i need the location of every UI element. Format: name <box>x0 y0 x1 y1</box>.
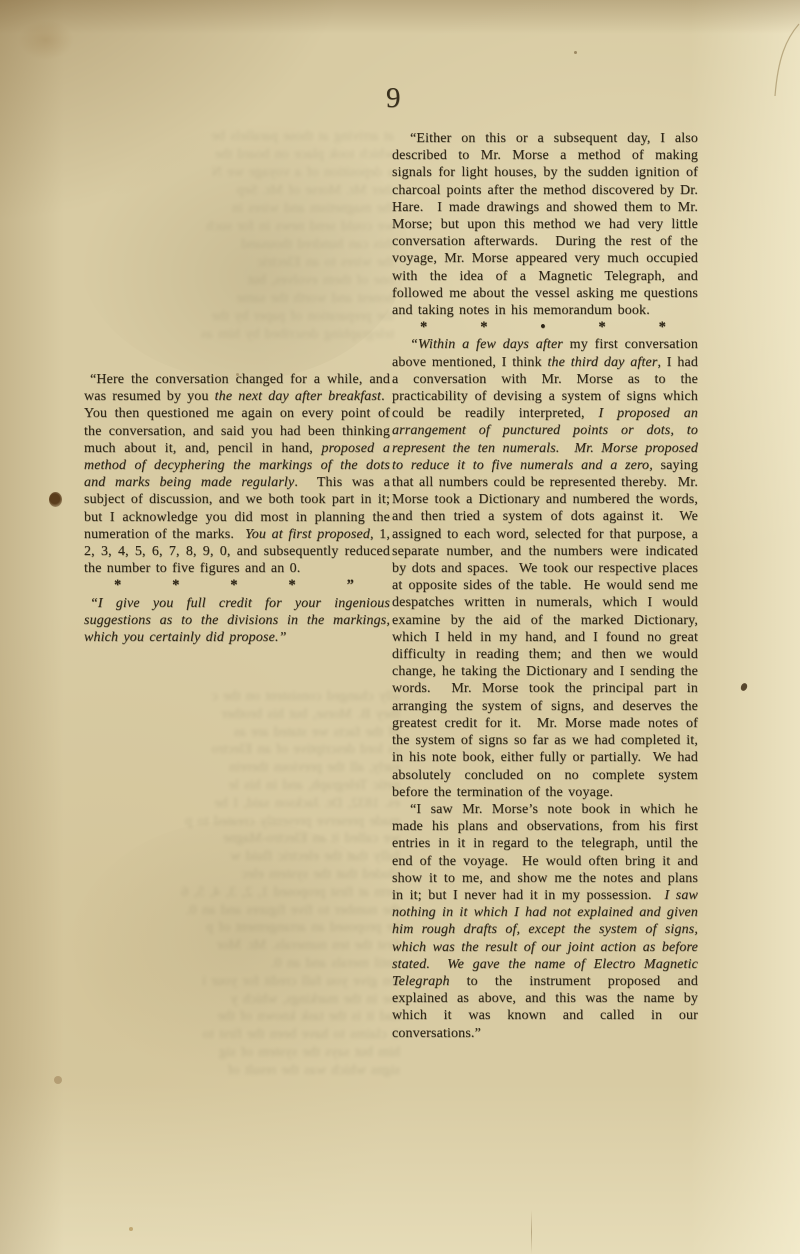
asterisk-glyph: * <box>420 319 427 336</box>
text-segment: “I give you full credit for your ingenio… <box>84 596 390 645</box>
showthrough-line: which took place on board the <box>84 146 394 164</box>
asterisk-glyph: * <box>114 577 121 594</box>
showthrough-line: me in the markings, which y <box>58 991 400 1009</box>
text-segment: “Either on this or a subsequent day, I a… <box>392 131 698 318</box>
crease-line-bottom <box>531 1210 532 1254</box>
page-number: 9 <box>386 82 401 115</box>
showthrough-line: es. 1832, Dr. Jackson said, I he <box>58 795 400 813</box>
asterisk-separator-right: * * • * * <box>420 319 666 336</box>
dot-glyph: • <box>540 319 545 336</box>
smudge-stain-upper <box>78 120 408 380</box>
asterisk-glyph: * <box>288 577 295 594</box>
asterisk-separator-left: * * * * ” <box>114 577 354 594</box>
showthrough-line: signs which was the result of <box>58 1062 400 1080</box>
showthrough-line: the number to five figures and an 0. <box>58 902 400 920</box>
showthrough-line: fully that the electric fluid w <box>58 848 400 866</box>
showthrough-line: it claims to have been the first to <box>58 1026 400 1044</box>
paper-speck <box>54 1076 62 1084</box>
showthrough-line: we called it an Electro-Magne <box>58 830 400 848</box>
showthrough-line: ten give you full credit for your i <box>58 973 400 991</box>
showthrough-line: as lord descriptive of an Electro <box>58 741 400 759</box>
showthrough-line: term at first proposed 1, 2, 3, 4, 5, 6 <box>58 884 400 902</box>
showthrough-line: this can hundred thousand <box>84 236 394 254</box>
asterisk-glyph: * <box>230 577 237 594</box>
close-quote-glyph: ” <box>347 577 354 594</box>
book-page: at arriving at those parallels bewhich t… <box>0 0 800 1254</box>
left-column: “Here the conversation changed for a whi… <box>84 371 390 646</box>
asterisk-glyph: * <box>172 577 179 594</box>
paragraph-within-a-few-days: “Within a few days after my first conver… <box>392 336 698 800</box>
showthrough-line: first the ten numerals. Mr. Mor <box>58 937 400 955</box>
showthrough-line: early, all the previous therein <box>58 759 400 777</box>
showthrough-line: until merals and an 0. <box>58 955 400 973</box>
text-segment: “I saw Mr. Morse’s note book in which he… <box>392 802 698 903</box>
showthrough-line: netic Telegraph, and in his le <box>58 777 400 795</box>
paragraph-here-the-conversation: “Here the conversation changed for a whi… <box>84 371 390 577</box>
asterisk-glyph: * <box>659 319 666 336</box>
showthrough-line: the wires to an Electric <box>84 254 394 272</box>
corner-stain <box>18 20 74 60</box>
right-column: “Either on this or a subsequent day, I a… <box>392 130 698 1042</box>
showthrough-line: of the facts we stated are as <box>58 724 400 742</box>
showthrough-line: ther Mr. Morse of Mr. Sep <box>84 182 394 200</box>
showthrough-line: honest and worth the same <box>84 290 394 308</box>
text-segment: the third day after <box>547 355 657 370</box>
paper-speck <box>129 1227 133 1231</box>
showthrough-line: at arriving at those parallels be <box>84 128 394 146</box>
text-segment: the next day after breakfast <box>215 389 381 404</box>
text-segment: saying that all numbers could be represe… <box>392 458 698 800</box>
paper-speck <box>236 373 239 376</box>
paragraph-note-book: “I saw Mr. Morse’s note book in which he… <box>392 801 698 1042</box>
showthrough-line: they B. Morse, but his brother <box>58 706 400 724</box>
showthrough-line: a deposition of a voyage we N <box>84 164 394 182</box>
showthrough-line: telegraphing described by him as <box>84 326 394 344</box>
showthrough-line: him but says the system of sig <box>58 1044 400 1062</box>
showthrough-line: one of them evolves, but <box>84 272 394 290</box>
asterisk-glyph: * <box>480 319 487 336</box>
asterisk-glyph: * <box>598 319 605 336</box>
showthrough-line: had it is the task known of the <box>58 1008 400 1026</box>
showthrough-text-lower: ally changed consistent on the cthey B. … <box>58 688 400 1080</box>
paragraph-full-credit: “I give you full credit for your ingenio… <box>84 595 390 647</box>
showthrough-line: we could send news in for such <box>84 218 394 236</box>
text-segment: “Within a few days after <box>410 337 563 352</box>
paper-speck <box>574 51 577 54</box>
smudge-stain-lower <box>70 820 410 1080</box>
showthrough-line: the preparation of paper by the <box>84 308 394 326</box>
paper-speck <box>740 682 749 692</box>
showthrough-line: ally changed consistent on the c <box>58 688 400 706</box>
showthrough-line: made preserve presently created to p <box>58 813 400 831</box>
showthrough-line: he proposed an arrangement of p <box>58 919 400 937</box>
paragraph-either-on-this: “Either on this or a subsequent day, I a… <box>392 130 698 319</box>
showthrough-text-upper: at arriving at those parallels bewhich t… <box>84 128 394 344</box>
showthrough-line: cluded that the system elec <box>58 866 400 884</box>
ink-blot <box>49 492 62 507</box>
showthrough-line: the magnetism and wires in <box>84 200 394 218</box>
text-segment: You at first proposed <box>245 527 370 542</box>
